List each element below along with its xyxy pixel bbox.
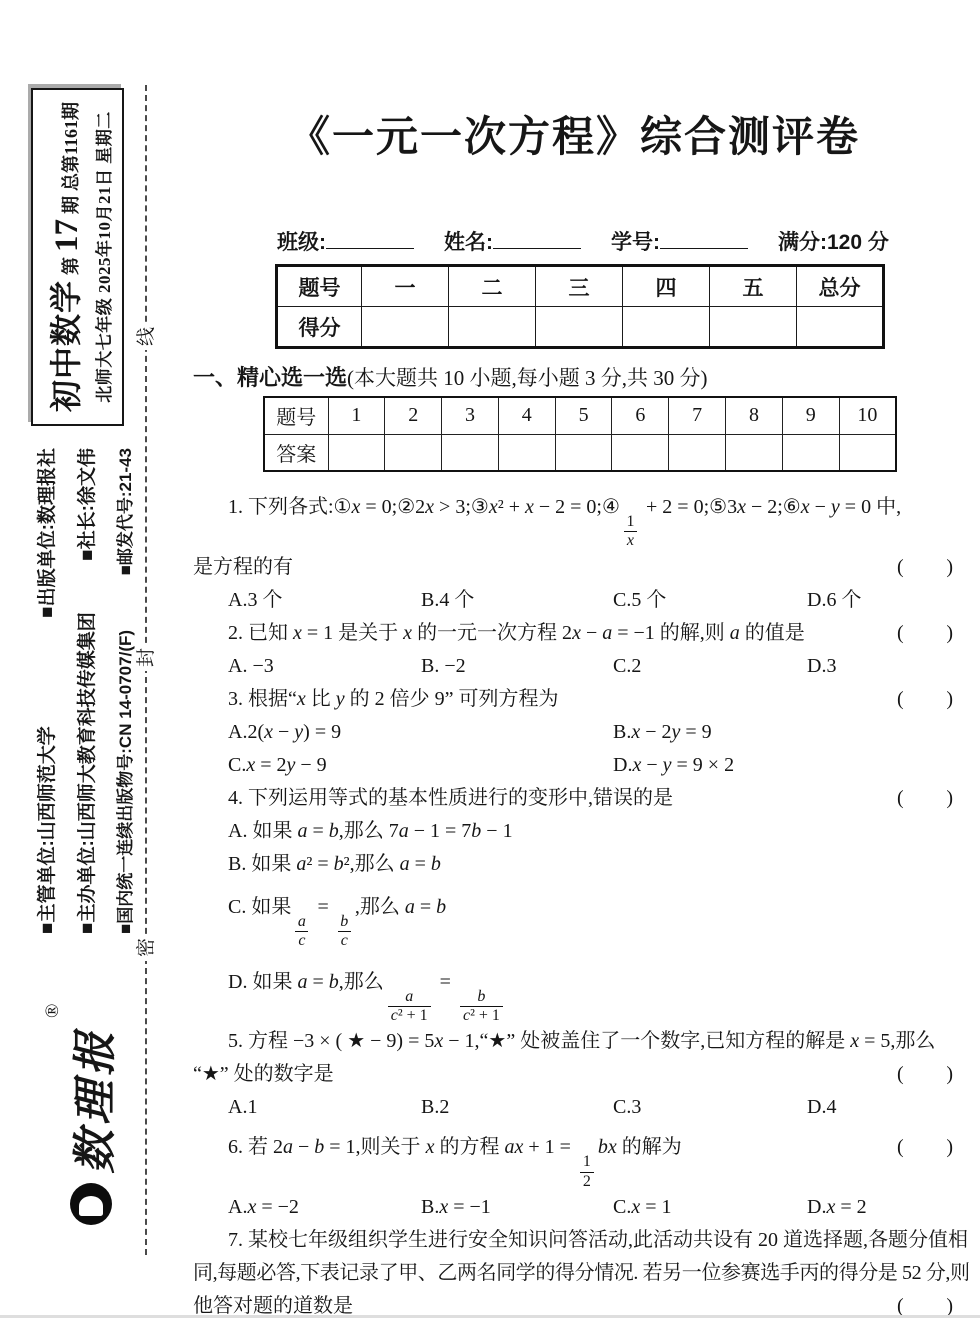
answer-cell-empty	[669, 434, 726, 471]
postal-code: ■邮发代号:21-43	[111, 448, 136, 575]
question-4-option-c: C. 如果ac = bc,那么 a = b	[193, 881, 955, 951]
question-3-options-row-1: A.2(x − y) = 9 B.x − 2y = 9	[193, 716, 955, 749]
bracket-open: (	[897, 683, 904, 716]
fraction-denominator: x	[624, 531, 637, 550]
bracket-close: )	[946, 551, 953, 584]
student-info-row: 班级: 姓名: 学号: 满分:120 分	[193, 226, 955, 256]
answer-number-cell: 10	[839, 397, 896, 434]
question-1-option-d: D.6 个	[807, 584, 955, 617]
fraction-denominator: c² + 1	[388, 1006, 431, 1025]
score-table: 题号 一 二 三 四 五 总分 得分	[275, 264, 885, 349]
question-2-options: A. −3 B. −2 C.2 D.3	[193, 650, 955, 683]
question-7-text-2: 同,每题必答,下表记录了甲、乙两名同学的得分情况. 若另一位参赛选手丙的得分是 …	[193, 1262, 970, 1284]
publication-title: 初中数学	[41, 280, 87, 412]
logo-mark-icon	[70, 1183, 112, 1225]
section-one-note: (本大题共 10 小题,每小题 3 分,共 30 分)	[347, 366, 708, 390]
fraction-numerator: a	[405, 988, 413, 1006]
score-cell-empty	[536, 307, 623, 348]
answer-cell-empty	[555, 434, 612, 471]
equals-sign: =	[312, 896, 333, 918]
paper-title: 《一元一次方程》综合测评卷	[193, 109, 955, 165]
answer-number-cell: 4	[498, 397, 555, 434]
answer-table-number-row: 题号 1 2 3 4 5 6 7 8 9 10	[264, 397, 896, 434]
bracket-open: (	[897, 1058, 904, 1091]
question-5-option-b: B.2	[421, 1091, 613, 1124]
fraction-a-over-c2plus1: ac² + 1	[388, 988, 431, 1026]
answer-cell-empty	[726, 434, 783, 471]
answer-cell-empty	[442, 434, 499, 471]
question-7-text-1: 7. 某校七年级组织学生进行安全知识问答活动,此活动共设有 20 道选择题,各题…	[228, 1229, 968, 1251]
question-5-option-a: A.1	[228, 1091, 421, 1124]
publisher-lines: ■主管单位:山西师范大学 ■出版单位:数理报社 ■主办单位:山西师大教育科技传媒…	[32, 448, 136, 934]
question-1-option-a: A.3 个	[228, 584, 421, 617]
score-table-header-row: 题号 一 二 三 四 五 总分	[277, 266, 884, 307]
fraction-numerator: b	[340, 913, 348, 931]
question-4-option-c-end: ,那么 a = b	[355, 896, 446, 918]
answer-number-cell: 6	[612, 397, 669, 434]
answer-row-label: 答案	[264, 434, 328, 471]
score-row-label: 得分	[277, 307, 362, 348]
question-5-line-2: “★” 处的数字是 ()	[193, 1058, 955, 1091]
question-4-text: 4. 下列运用等式的基本性质进行的变形中,错误的是	[228, 782, 673, 815]
answer-number-cell: 7	[669, 397, 726, 434]
question-1-option-b: B.4 个	[421, 584, 613, 617]
answer-cell-empty	[839, 434, 896, 471]
question-4: 4. 下列运用等式的基本性质进行的变形中,错误的是 ()	[193, 782, 955, 815]
student-id-blank	[660, 227, 748, 249]
class-field: 班级:	[277, 226, 414, 256]
bracket-close: )	[946, 1124, 953, 1170]
score-header-2: 二	[449, 266, 536, 307]
answer-number-cell: 9	[782, 397, 839, 434]
question-5-text-start: 5. 方程 −3 × ( ★ − 9) = 5x − 1,“★” 处被盖住了一个…	[228, 1030, 935, 1052]
section-one-title: 一、精心选一选	[193, 365, 347, 390]
score-header-total: 总分	[797, 266, 884, 307]
answer-number-cell: 8	[726, 397, 783, 434]
answer-number-cell: 1	[328, 397, 385, 434]
name-label: 姓名:	[444, 226, 493, 256]
answer-cell-empty	[782, 434, 839, 471]
masthead-box: 初中数学 第 17 期 总第1161期 北师大七年级 2025年10月21日 星…	[31, 88, 124, 426]
answer-cell-empty	[328, 434, 385, 471]
fraction-denominator: 2	[580, 1172, 594, 1191]
bracket-close: )	[946, 1058, 953, 1091]
question-1-options: A.3 个 B.4 个 C.5 个 D.6 个	[193, 584, 955, 617]
question-2-option-b: B. −2	[421, 650, 613, 683]
bracket-close: )	[946, 683, 953, 716]
question-6: 6. 若 2a − b = 1,则关于 x 的方程 ax + 1 = 12bx …	[193, 1124, 955, 1191]
answer-header-qno: 题号	[264, 397, 328, 434]
publisher-line-3: ■国内统一连续出版物号:CN 14-0707/(F) ■邮发代号:21-43	[111, 448, 136, 934]
question-4-option-d-start: D. 如果 a = b,那么	[228, 971, 384, 993]
question-1-line-2: 是方程的有 ()	[193, 551, 955, 584]
brand-logo: 数理报 ®	[34, 1000, 148, 1225]
question-6-option-d: D.x = 2	[807, 1191, 955, 1224]
question-4-option-d: D. 如果 a = b,那么ac² + 1 = bc² + 1	[193, 951, 955, 1026]
score-table-score-row: 得分	[277, 307, 884, 348]
fraction-1-over-x: 1x	[624, 513, 637, 551]
issue-prefix: 第	[57, 257, 83, 275]
equals-sign: =	[435, 971, 456, 993]
question-7-line-1: 7. 某校七年级组织学生进行安全知识问答活动,此活动共设有 20 道选择题,各题…	[193, 1224, 955, 1257]
question-1-line-1: 1. 下列各式:①x = 0;②2x > 3;③x² + x − 2 = 0;④…	[193, 487, 955, 551]
edition-and-date: 北师大七年级 2025年10月21日 星期二	[90, 111, 115, 403]
registered-trademark-mark: ®	[42, 1004, 64, 1018]
student-id-label: 学号:	[611, 226, 660, 256]
publisher-info: ■主管单位:山西师范大学 ■出版单位:数理报社 ■主办单位:山西师大教育科技传媒…	[32, 448, 136, 934]
question-3-text: 3. 根据“x 比 y 的 2 倍少 9” 可列方程为	[228, 683, 559, 716]
student-id-field: 学号:	[611, 226, 748, 256]
answer-cell-empty	[498, 434, 555, 471]
masthead-issue-line: 初中数学 第 17 期 总第1161期	[41, 102, 87, 412]
logo-text: 数理报	[59, 1027, 123, 1174]
question-2-option-d: D.3	[807, 650, 955, 683]
question-2-option-c: C.2	[613, 650, 807, 683]
fraction-numerator: a	[298, 913, 306, 931]
fraction-denominator: c² + 1	[460, 1006, 503, 1025]
score-cell-empty	[362, 307, 449, 348]
bracket-close: )	[946, 617, 953, 650]
fraction-b-over-c2plus1: bc² + 1	[460, 988, 503, 1026]
question-6-option-b: B.x = −1	[421, 1191, 613, 1224]
question-4-option-b: B. 如果 a² = b²,那么 a = b	[193, 848, 955, 881]
fraction-a-over-c: ac	[295, 913, 308, 951]
fraction-b-over-c: bc	[338, 913, 351, 951]
fraction-denominator: c	[338, 931, 351, 950]
score-header-3: 三	[536, 266, 623, 307]
bracket-open: (	[897, 782, 904, 815]
issue-total: 总第1161期	[57, 102, 83, 191]
bracket-open: (	[897, 1124, 904, 1170]
answer-table-answer-row: 答案	[264, 434, 896, 471]
seal-char-feng: 封	[133, 644, 160, 671]
question-3-option-a: A.2(x − y) = 9	[228, 716, 613, 749]
class-label: 班级:	[277, 226, 326, 256]
bracket-open: (	[897, 617, 904, 650]
full-score-label: 满分:120 分	[778, 226, 889, 256]
bracket-open: (	[897, 551, 904, 584]
question-2: 2. 已知 x = 1 是关于 x 的一元一次方程 2x − a = −1 的解…	[193, 617, 955, 650]
question-1-text-start: 1. 下列各式:①x = 0;②2x > 3;③x² + x − 2 = 0;④	[228, 496, 620, 518]
question-5-text-end: “★” 处的数字是	[193, 1058, 334, 1091]
issue-number: 17	[49, 219, 86, 252]
seal-char-xian: 线	[133, 323, 160, 350]
seal-char-mi: 密	[133, 934, 160, 961]
question-6-text-end: bx 的解为	[598, 1136, 682, 1158]
class-blank	[326, 227, 414, 249]
answer-bracket: ()	[897, 1058, 955, 1091]
answer-bracket: ()	[897, 683, 955, 716]
president-name: ■社长:徐文伟	[72, 448, 99, 561]
question-7-line-2: 同,每题必答,下表记录了甲、乙两名同学的得分情况. 若另一位参赛选手丙的得分是 …	[193, 1257, 955, 1290]
question-1-stem-end: 是方程的有	[193, 551, 293, 584]
organizer-unit: ■主办单位:山西师大教育科技传媒集团	[72, 612, 99, 934]
section-one-heading: 一、精心选一选(本大题共 10 小题,每小题 3 分,共 30 分)	[193, 364, 955, 392]
issue-suffix: 期	[57, 196, 83, 214]
question-3-option-d: D.x − y = 9 × 2	[613, 749, 955, 782]
score-cell-empty	[797, 307, 884, 348]
fraction-1-over-2: 12	[580, 1153, 594, 1191]
score-header-1: 一	[362, 266, 449, 307]
answer-bracket: ()	[897, 617, 955, 650]
answer-bracket: ()	[897, 782, 955, 815]
answer-cell-empty	[612, 434, 669, 471]
question-3-options-row-2: C.x = 2y − 9 D.x − y = 9 × 2	[193, 749, 955, 782]
answer-bracket: ()	[897, 551, 955, 584]
fraction-numerator: 1	[626, 513, 634, 531]
answer-table: 题号 1 2 3 4 5 6 7 8 9 10 答案	[263, 396, 897, 472]
publisher-line-1: ■主管单位:山西师范大学 ■出版单位:数理报社	[32, 448, 59, 934]
question-2-text: 2. 已知 x = 1 是关于 x 的一元一次方程 2x − a = −1 的解…	[228, 617, 805, 650]
answer-number-cell: 5	[555, 397, 612, 434]
supervisor-unit: ■主管单位:山西师范大学	[32, 726, 59, 934]
answer-number-cell: 2	[385, 397, 442, 434]
exam-paper-page: { "masthead": { "title": "初中数学", "issue_…	[0, 0, 980, 1321]
publisher-line-2: ■主办单位:山西师大教育科技传媒集团 ■社长:徐文伟	[72, 448, 99, 934]
score-cell-empty	[449, 307, 536, 348]
masthead-content: 初中数学 第 17 期 总第1161期 北师大七年级 2025年10月21日 星…	[33, 90, 122, 424]
question-3-option-b: B.x − 2y = 9	[613, 716, 955, 749]
question-5-option-c: C.3	[613, 1091, 807, 1124]
question-4-option-b-text: B. 如果 a² = b²,那么 a = b	[228, 853, 441, 875]
question-3: 3. 根据“x 比 y 的 2 倍少 9” 可列方程为 ()	[193, 683, 955, 716]
question-5-option-d: D.4	[807, 1091, 955, 1124]
score-cell-empty	[623, 307, 710, 348]
score-header-qno: 题号	[277, 266, 362, 307]
answer-number-cell: 3	[442, 397, 499, 434]
question-1-option-c: C.5 个	[613, 584, 807, 617]
name-field: 姓名:	[444, 226, 581, 256]
publication-number: ■国内统一连续出版物号:CN 14-0707/(F)	[111, 630, 136, 934]
paper-body: 《一元一次方程》综合测评卷 班级: 姓名: 学号: 满分:120 分 题号 一 …	[193, 95, 955, 1321]
fraction-numerator: b	[477, 988, 485, 1006]
page-bottom-rule	[0, 1315, 980, 1318]
score-header-5: 五	[710, 266, 797, 307]
publishing-unit: ■出版单位:数理报社	[32, 448, 59, 618]
question-6-options: A.x = −2 B.x = −1 C.x = 1 D.x = 2	[193, 1191, 955, 1224]
answer-cell-empty	[385, 434, 442, 471]
fraction-numerator: 1	[583, 1153, 591, 1171]
question-6-option-a: A.x = −2	[228, 1191, 421, 1224]
question-3-option-c: C.x = 2y − 9	[228, 749, 613, 782]
question-4-option-a: A. 如果 a = b,那么 7a − 1 = 7b − 1	[193, 815, 955, 848]
brand-logo-content: 数理报 ®	[34, 1000, 148, 1225]
question-5-options: A.1 B.2 C.3 D.4	[193, 1091, 955, 1124]
name-blank	[493, 227, 581, 249]
question-4-option-a-text: A. 如果 a = b,那么 7a − 1 = 7b − 1	[228, 820, 513, 842]
question-4-option-c-start: C. 如果	[228, 896, 291, 918]
question-6-text: 6. 若 2a − b = 1,则关于 x 的方程 ax + 1 = 12bx …	[228, 1124, 682, 1191]
question-6-text-start: 6. 若 2a − b = 1,则关于 x 的方程 ax + 1 =	[228, 1136, 576, 1158]
score-cell-empty	[710, 307, 797, 348]
bracket-close: )	[946, 782, 953, 815]
fraction-denominator: c	[295, 931, 308, 950]
question-1-text-end: + 2 = 0;⑤3x − 2;⑥x − y = 0 中,	[641, 496, 901, 518]
question-6-option-c: C.x = 1	[613, 1191, 807, 1224]
question-2-option-a: A. −3	[228, 650, 421, 683]
score-header-4: 四	[623, 266, 710, 307]
question-5-line-1: 5. 方程 −3 × ( ★ − 9) = 5x − 1,“★” 处被盖住了一个…	[193, 1025, 955, 1058]
answer-bracket: ()	[897, 1124, 955, 1170]
